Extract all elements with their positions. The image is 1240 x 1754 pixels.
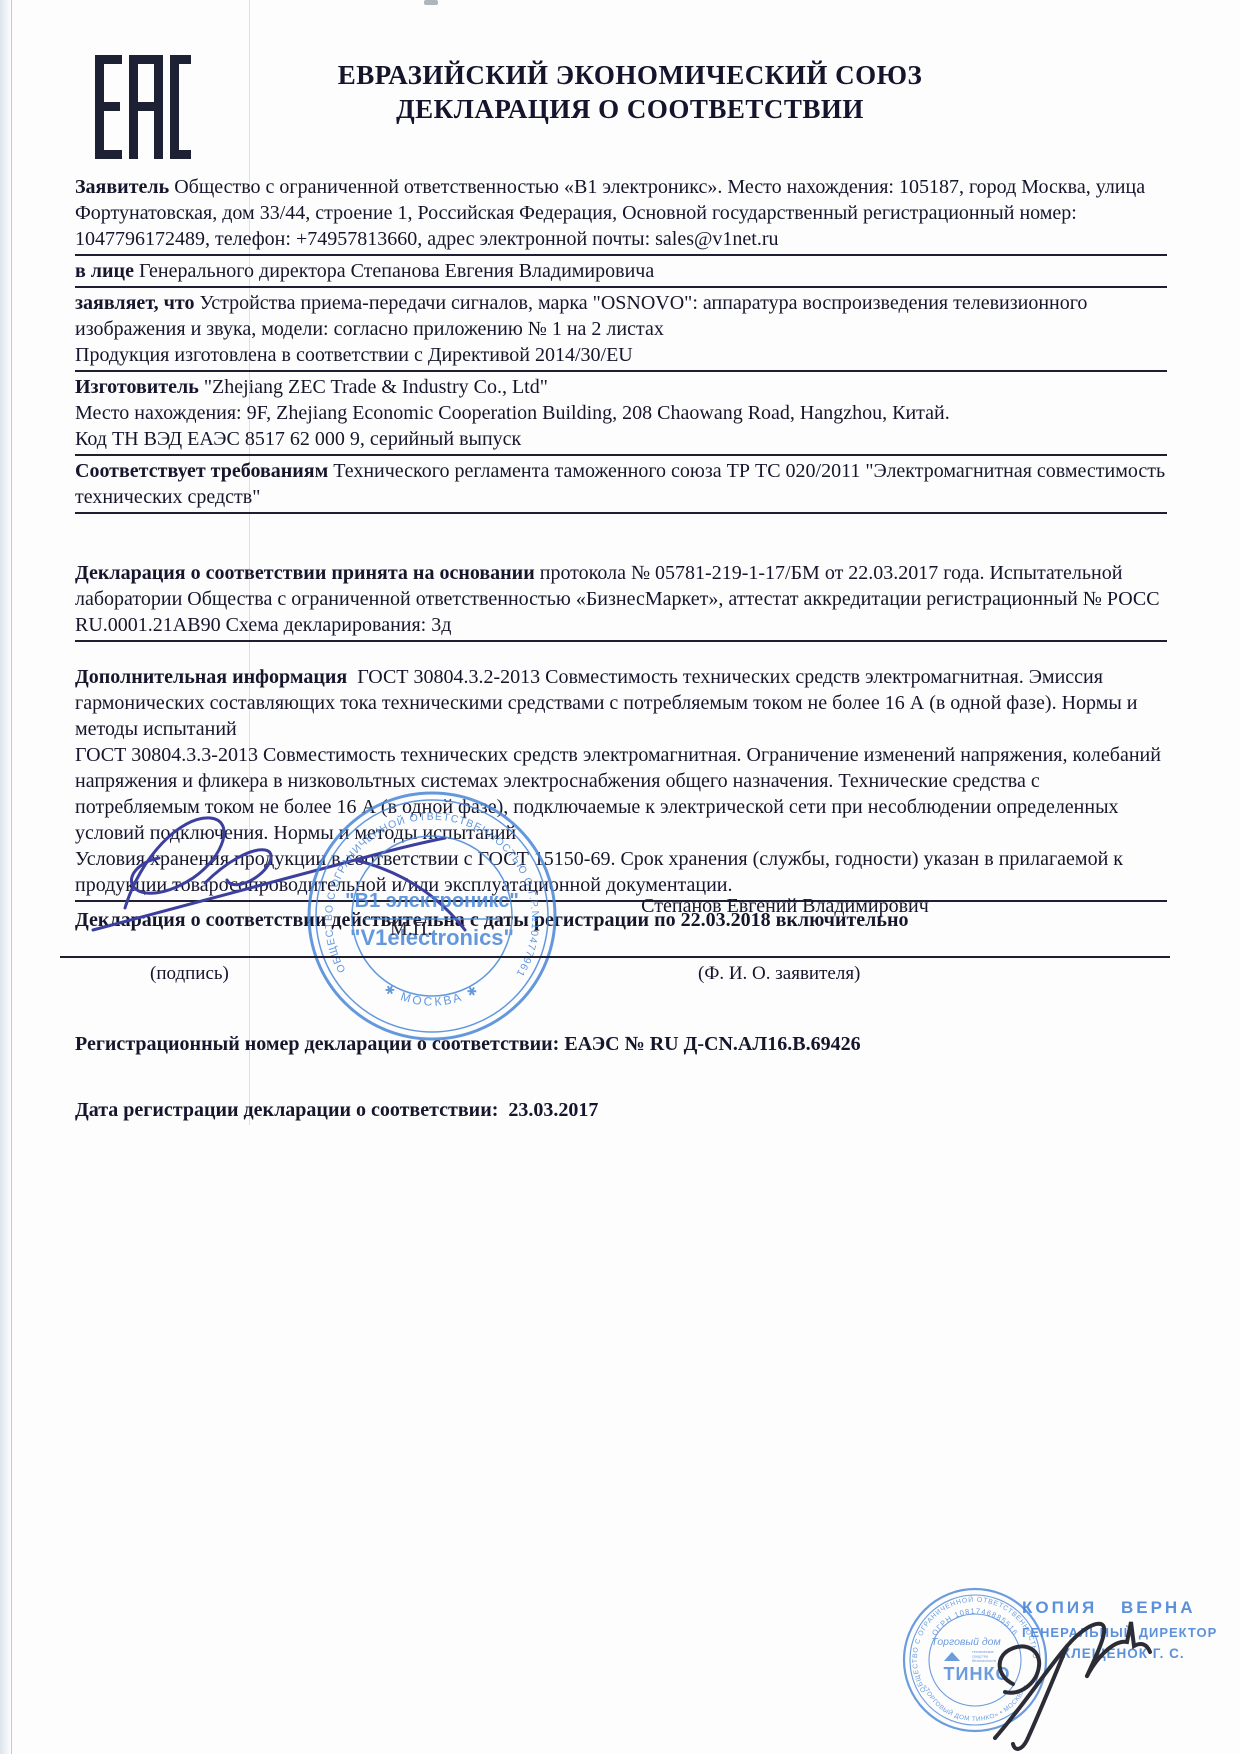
registration-number-label: Регистрационный номер декларации о соотв… [75, 1033, 559, 1055]
declares-text: Устройства приема-передачи сигналов, мар… [75, 292, 1087, 340]
tinko-antenna-icon [944, 1652, 960, 1661]
manufacturer-label: Изготовитель [75, 376, 199, 398]
applicant-fio: Степанов Евгений Владимирович [640, 895, 930, 918]
document-title: ЕВРАЗИЙСКИЙ ЭКОНОМИЧЕСКИЙ СОЮЗ ДЕКЛАРАЦИ… [200, 58, 1060, 126]
title-line-union: ЕВРАЗИЙСКИЙ ЭКОНОМИЧЕСКИЙ СОЮЗ [200, 58, 1060, 92]
additional-label: Дополнительная информация [75, 666, 347, 688]
section-declares: заявляет, что Устройства приема-передачи… [75, 288, 1167, 372]
scan-mark-artifact [424, 0, 438, 5]
section-compliance: Соответствует требованиям Технического р… [75, 456, 1167, 514]
representative-label: в лице [75, 260, 134, 282]
director-signature-handwriting [975, 1588, 1165, 1754]
basis-label: Декларация о соответствии принята на осн… [75, 562, 535, 584]
scan-edge-artifact [0, 0, 12, 1754]
signature-line [60, 956, 1170, 958]
section-representative: в лице Генерального директора Степанова … [75, 256, 1167, 288]
v1-stamp-city-text: ✱ МОСКВА ✱ [382, 982, 482, 1009]
manufacturer-address: Место нахождения: 9F, Zhejiang Economic … [75, 402, 950, 424]
v1-electronics-stamp: ОБЩЕСТВО С ОГРАНИЧЕННОЙ ОТВЕТСТВЕННОСТЬЮ… [302, 786, 562, 1046]
eac-logo-icon [95, 55, 191, 159]
registration-number-row: Регистрационный номер декларации о соотв… [75, 1033, 861, 1056]
registration-date-row: Дата регистрации декларации о соответств… [75, 1099, 598, 1122]
applicant-label: Заявитель [75, 176, 169, 198]
manufacturer-name: "Zhejiang ZEC Trade & Industry Co., Ltd" [204, 376, 548, 398]
signature-caption: (подпись) [150, 963, 229, 985]
declares-directive: Продукция изготовлена в соответствии с Д… [75, 344, 633, 366]
compliance-label: Соответствует требованиям [75, 460, 328, 482]
registration-date-label: Дата регистрации декларации о соответств… [75, 1099, 498, 1121]
manufacturer-tnved: Код ТН ВЭД ЕАЭС 8517 62 000 9, серийный … [75, 428, 521, 450]
v1-stamp-name-ru: "В1 электроникс" [345, 890, 519, 912]
registration-date-value: 23.03.2017 [508, 1099, 598, 1121]
registration-number-value: ЕАЭС № RU Д-CN.АЛ16.В.69426 [564, 1033, 860, 1055]
declaration-document-page: ЕВРАЗИЙСКИЙ ЭКОНОМИЧЕСКИЙ СОЮЗ ДЕКЛАРАЦИ… [0, 0, 1240, 1754]
title-line-declaration: ДЕКЛАРАЦИЯ О СООТВЕТСТВИИ [200, 92, 1060, 126]
section-applicant: Заявитель Общество с ограниченной ответс… [75, 172, 1167, 256]
fio-caption: (Ф. И. О. заявителя) [698, 963, 860, 985]
representative-text: Генерального директора Степанова Евгения… [139, 260, 654, 282]
stamp-place-label: М.П. [390, 918, 432, 941]
section-basis: Декларация о соответствии принята на осн… [75, 558, 1167, 642]
section-manufacturer: Изготовитель "Zhejiang ZEC Trade & Indus… [75, 372, 1167, 456]
declares-label: заявляет, что [75, 292, 194, 314]
applicant-text: Общество с ограниченной ответственностью… [75, 176, 1145, 250]
